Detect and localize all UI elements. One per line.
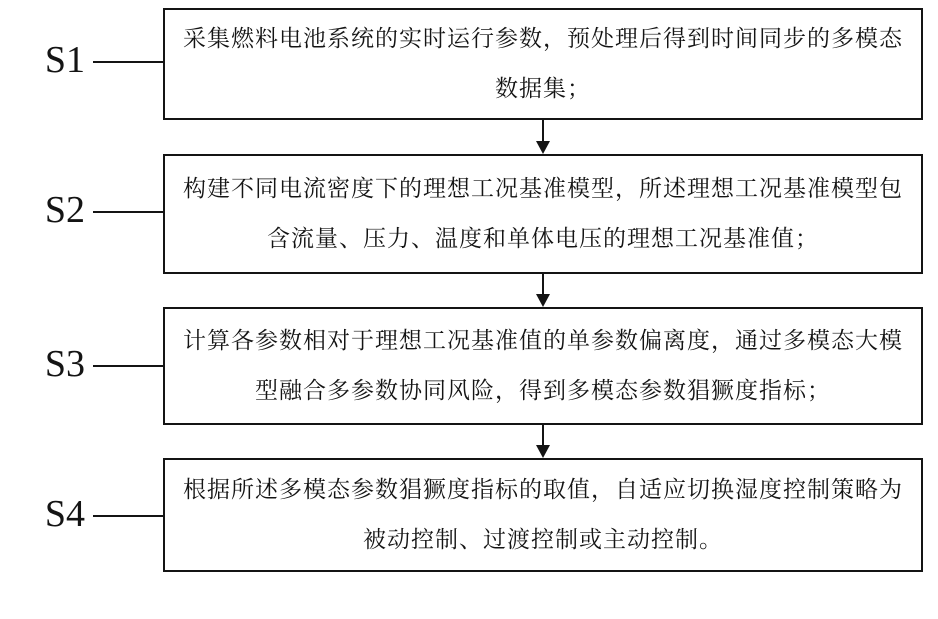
step-label-s1: S1 [34, 38, 96, 82]
step-text-s1: 采集燃料电池系统的实时运行参数，预处理后得到时间同步的多模态数据集； [179, 14, 907, 114]
arrowhead-icon [536, 294, 550, 307]
down-arrow-2 [536, 274, 550, 307]
flowchart-figure: S1 采集燃料电池系统的实时运行参数，预处理后得到时间同步的多模态数据集； S2… [0, 0, 938, 619]
step-box-s3: 计算各参数相对于理想工况基准值的单参数偏离度，通过多模态大模型融合多参数协同风险… [163, 307, 923, 425]
arrow-shaft [542, 425, 544, 445]
arrow-shaft [542, 120, 544, 141]
down-arrow-1 [536, 120, 550, 154]
arrow-shaft [542, 274, 544, 294]
connector-line-s4 [93, 515, 163, 517]
step-box-s2: 构建不同电流密度下的理想工况基准模型，所述理想工况基准模型包含流量、压力、温度和… [163, 154, 923, 274]
step-label-s4: S4 [34, 492, 96, 536]
arrowhead-icon [536, 445, 550, 458]
step-box-s1: 采集燃料电池系统的实时运行参数，预处理后得到时间同步的多模态数据集； [163, 8, 923, 120]
connector-line-s1 [93, 61, 163, 63]
step-box-s4: 根据所述多模态参数猖獗度指标的取值，自适应切换湿度控制策略为被动控制、过渡控制或… [163, 458, 923, 572]
arrowhead-icon [536, 141, 550, 154]
connector-line-s2 [93, 211, 163, 213]
connector-line-s3 [93, 365, 163, 367]
step-label-s3: S3 [34, 342, 96, 386]
step-text-s2: 构建不同电流密度下的理想工况基准模型，所述理想工况基准模型包含流量、压力、温度和… [179, 164, 907, 264]
step-text-s3: 计算各参数相对于理想工况基准值的单参数偏离度，通过多模态大模型融合多参数协同风险… [179, 316, 907, 416]
down-arrow-3 [536, 425, 550, 458]
step-text-s4: 根据所述多模态参数猖獗度指标的取值，自适应切换湿度控制策略为被动控制、过渡控制或… [179, 465, 907, 565]
step-label-s2: S2 [34, 188, 96, 232]
